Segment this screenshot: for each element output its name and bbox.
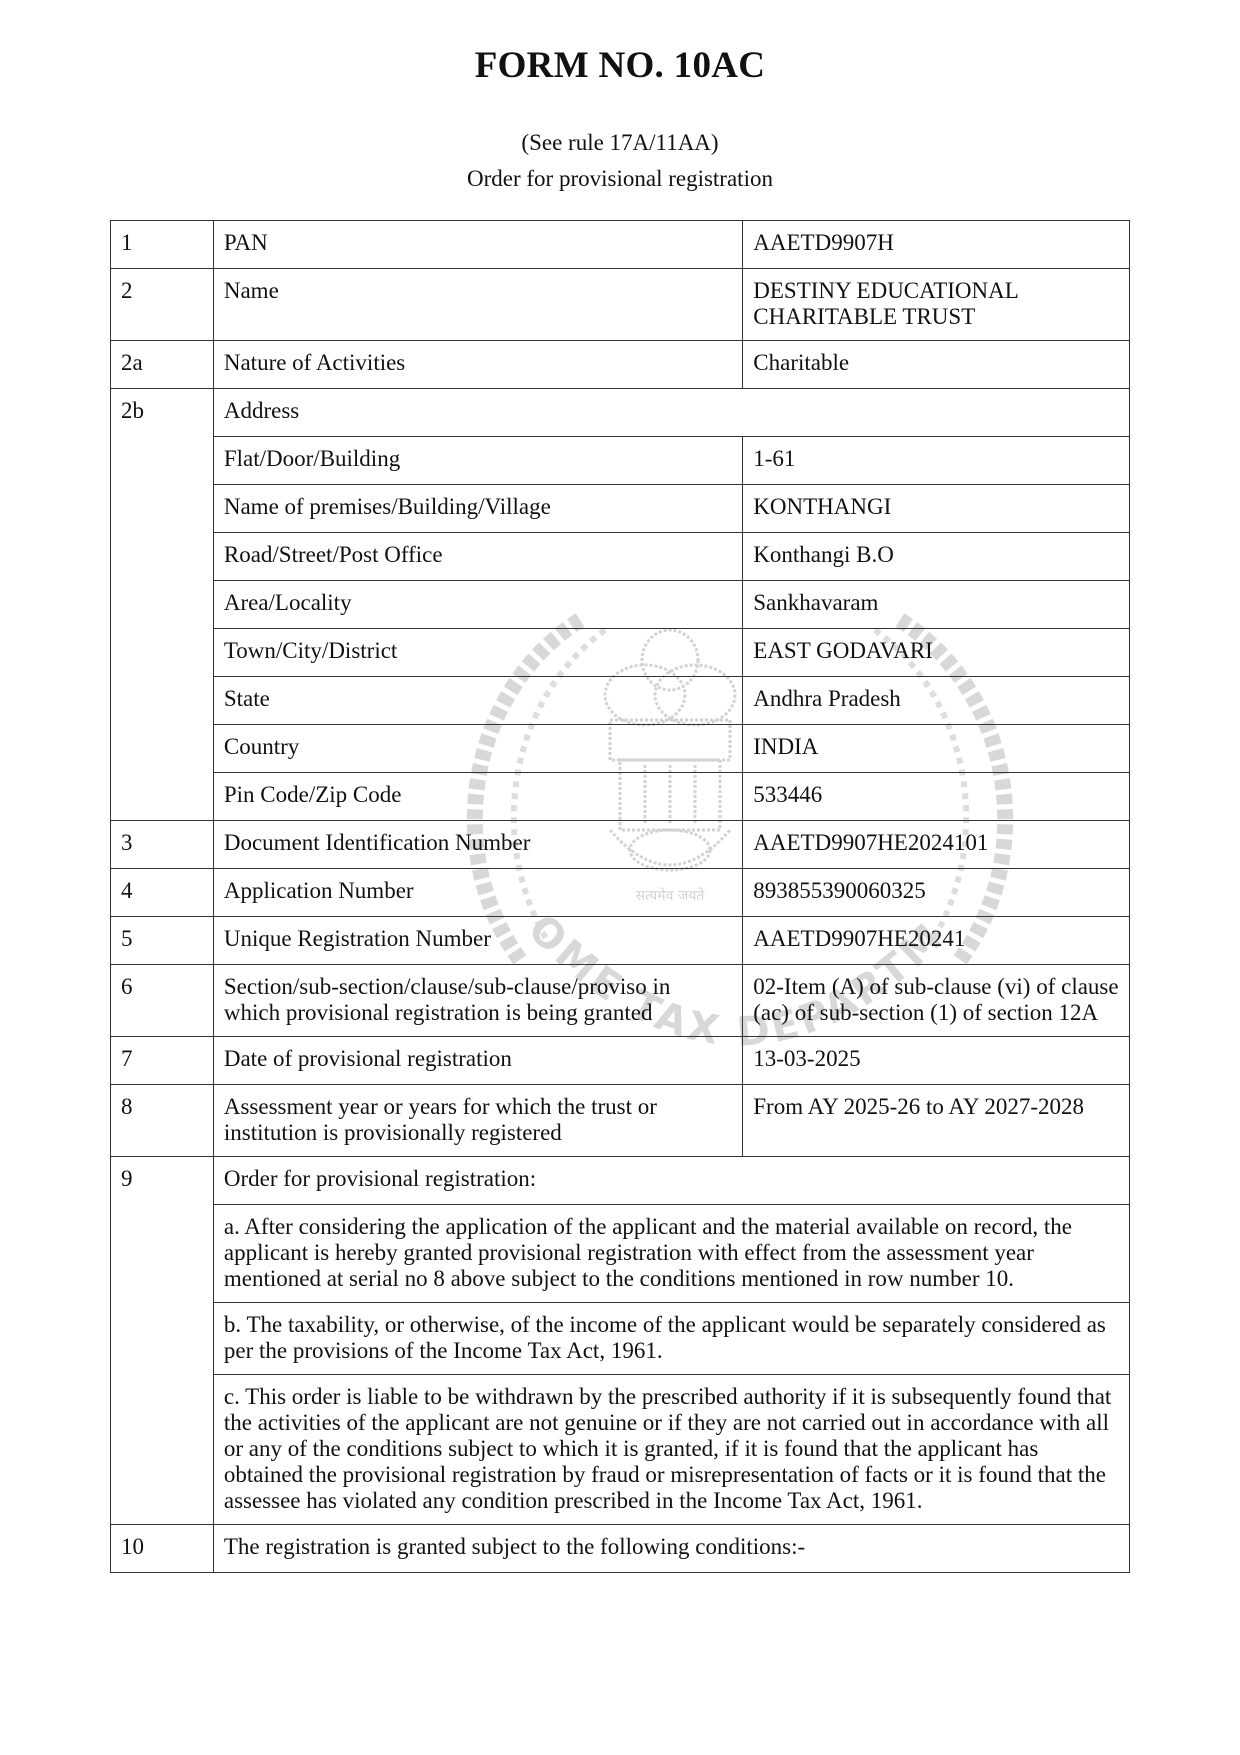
address-field-value: Sankhavaram (743, 581, 1130, 629)
row-label: Document Identification Number (213, 821, 742, 869)
row-number: 2a (111, 341, 214, 389)
address-row: State Andhra Pradesh (111, 677, 1130, 725)
row-label: PAN (213, 221, 742, 269)
order-heading: Order for provisional registration: (213, 1157, 1129, 1205)
row-label: Application Number (213, 869, 742, 917)
address-row: Area/Locality Sankhavaram (111, 581, 1130, 629)
row-number: 2b (111, 389, 214, 821)
address-row: Pin Code/Zip Code 533446 (111, 773, 1130, 821)
address-field-label: State (213, 677, 742, 725)
din-value: AAETD9907HE2024101 (743, 821, 1130, 869)
row-label: Unique Registration Number (213, 917, 742, 965)
address-row: Name of premises/Building/Village KONTHA… (111, 485, 1130, 533)
address-row: Country INDIA (111, 725, 1130, 773)
address-field-value: 533446 (743, 773, 1130, 821)
table-row-urn: 5 Unique Registration Number AAETD9907HE… (111, 917, 1130, 965)
table-row-pan: 1 PAN AAETD9907H (111, 221, 1130, 269)
table-row-name: 2 Name DESTINY EDUCATIONAL CHARITABLE TR… (111, 269, 1130, 341)
order-paragraph-b: b. The taxability, or otherwise, of the … (213, 1303, 1129, 1375)
form-subtitle: Order for provisional registration (0, 166, 1240, 192)
table-row-nature: 2a Nature of Activities Charitable (111, 341, 1130, 389)
address-field-label: Country (213, 725, 742, 773)
table-row-address: 2b Address (111, 389, 1130, 437)
order-paragraph-row: c. This order is liable to be withdrawn … (111, 1375, 1130, 1525)
address-field-value: KONTHANGI (743, 485, 1130, 533)
row-label: Nature of Activities (213, 341, 742, 389)
row-number: 8 (111, 1085, 214, 1157)
address-row: Road/Street/Post Office Konthangi B.O (111, 533, 1130, 581)
row-number: 2 (111, 269, 214, 341)
form-title: FORM NO. 10AC (0, 44, 1240, 87)
table-row-section: 6 Section/sub-section/clause/sub-clause/… (111, 965, 1130, 1037)
conditions-label: The registration is granted subject to t… (213, 1525, 1129, 1573)
order-paragraph-row: a. After considering the application of … (111, 1205, 1130, 1303)
row-number: 4 (111, 869, 214, 917)
table-row-conditions: 10 The registration is granted subject t… (111, 1525, 1130, 1573)
row-number: 6 (111, 965, 214, 1037)
order-paragraph-a: a. After considering the application of … (213, 1205, 1129, 1303)
registration-table: 1 PAN AAETD9907H 2 Name DESTINY EDUCATIO… (110, 220, 1130, 1573)
order-paragraph-row: b. The taxability, or otherwise, of the … (111, 1303, 1130, 1375)
address-field-value: 1-61 (743, 437, 1130, 485)
table-row-order: 9 Order for provisional registration: (111, 1157, 1130, 1205)
address-field-label: Area/Locality (213, 581, 742, 629)
address-field-value: EAST GODAVARI (743, 629, 1130, 677)
order-paragraph-c: c. This order is liable to be withdrawn … (213, 1375, 1129, 1525)
row-number: 5 (111, 917, 214, 965)
row-label: Name (213, 269, 742, 341)
rule-reference: (See rule 17A/11AA) (0, 130, 1240, 156)
assessment-value: From AY 2025-26 to AY 2027-2028 (743, 1085, 1130, 1157)
address-field-value: Konthangi B.O (743, 533, 1130, 581)
date-value: 13-03-2025 (743, 1037, 1130, 1085)
address-field-label: Pin Code/Zip Code (213, 773, 742, 821)
urn-value: AAETD9907HE20241 (743, 917, 1130, 965)
row-number: 7 (111, 1037, 214, 1085)
application-value: 893855390060325 (743, 869, 1130, 917)
row-number: 3 (111, 821, 214, 869)
table-row-assessment: 8 Assessment year or years for which the… (111, 1085, 1130, 1157)
address-field-label: Flat/Door/Building (213, 437, 742, 485)
nature-value: Charitable (743, 341, 1130, 389)
row-label: Assessment year or years for which the t… (213, 1085, 742, 1157)
row-number: 10 (111, 1525, 214, 1573)
table-row-din: 3 Document Identification Number AAETD99… (111, 821, 1130, 869)
row-label: Date of provisional registration (213, 1037, 742, 1085)
row-number: 1 (111, 221, 214, 269)
address-field-label: Town/City/District (213, 629, 742, 677)
address-field-label: Road/Street/Post Office (213, 533, 742, 581)
row-number: 9 (111, 1157, 214, 1525)
address-row: Flat/Door/Building 1-61 (111, 437, 1130, 485)
address-field-label: Name of premises/Building/Village (213, 485, 742, 533)
pan-value: AAETD9907H (743, 221, 1130, 269)
address-heading: Address (213, 389, 1129, 437)
address-row: Town/City/District EAST GODAVARI (111, 629, 1130, 677)
address-field-value: Andhra Pradesh (743, 677, 1130, 725)
name-value: DESTINY EDUCATIONAL CHARITABLE TRUST (743, 269, 1130, 341)
address-field-value: INDIA (743, 725, 1130, 773)
section-value: 02-Item (A) of sub-clause (vi) of clause… (743, 965, 1130, 1037)
table-row-application: 4 Application Number 893855390060325 (111, 869, 1130, 917)
table-row-date: 7 Date of provisional registration 13-03… (111, 1037, 1130, 1085)
row-label: Section/sub-section/clause/sub-clause/pr… (213, 965, 742, 1037)
